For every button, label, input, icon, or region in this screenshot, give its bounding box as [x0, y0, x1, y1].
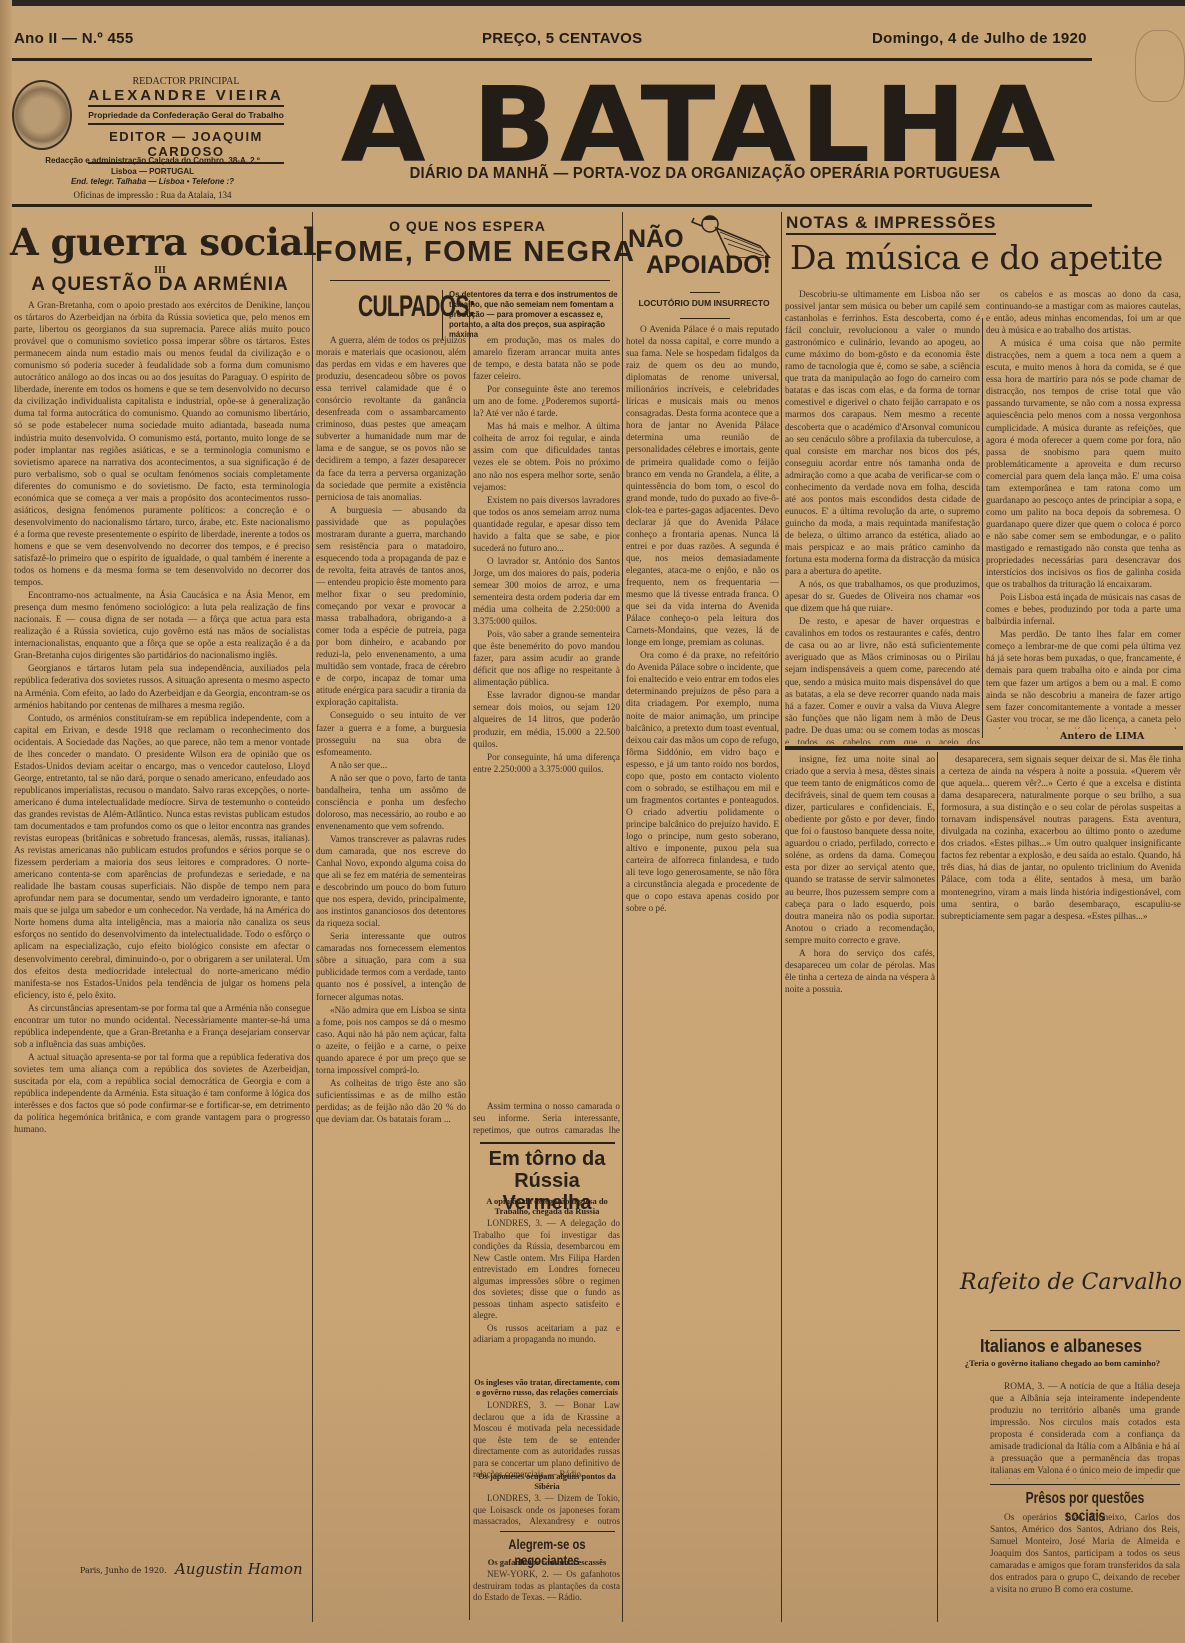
- headline-line-2: APOIADO!: [628, 252, 778, 278]
- paragraph: Mas perdão. De tanto lhes falar em comer…: [986, 629, 1181, 729]
- paragraph: Esse lavrador dignou-se mandar semear do…: [473, 689, 620, 749]
- column-rule: [937, 752, 938, 1622]
- column-rule: [622, 212, 623, 1622]
- paragraph: A actual situação apresenta-se por tal f…: [14, 1052, 310, 1136]
- paragraph: A nós, os que trabalhamos, os que produz…: [785, 579, 980, 615]
- culpados-text: Os detentores da terra e dos instrumento…: [442, 290, 627, 340]
- article-nao-apoiado-col2: insigne, fez uma noite sinal ao criado q…: [785, 754, 935, 1624]
- article-ingleses-body: LONDRES, 3. — Bonar Law declarou que a i…: [473, 1400, 620, 1478]
- issue-number: Ano II — N.º 455: [14, 30, 133, 47]
- subhead-ingleses: Os ingleses vão tratar, directamente, co…: [472, 1378, 622, 1397]
- subhead-gafanhotos: Os gafanhotos causam a escassês: [472, 1557, 622, 1567]
- editor-box: REDACTOR PRINCIPAL ALEXANDRE VIEIRA Prop…: [88, 76, 284, 164]
- signature-hamon: Augustin Hamon: [175, 1560, 303, 1578]
- paragraph: ROMA, 3. — A notícia de que a Itália des…: [990, 1381, 1180, 1479]
- paragraph: As circunstâncias apresentam-se por form…: [14, 1003, 310, 1051]
- paragraph: LONDRES, 3. — Dizem de Tokio, que Loisas…: [473, 1493, 620, 1529]
- address-line-2: Lisboa — PORTUGAL: [20, 167, 285, 176]
- paragraph: LONDRES, 3. — A delegação do Trabalho qu…: [473, 1218, 620, 1322]
- paragraph: Por conseguinte, há uma diferença entre …: [473, 751, 620, 775]
- paragraph: Encontramo-nos actualmente, na Ásia Cauc…: [14, 590, 310, 662]
- address-line-3: End. telegr. Talhaba — Lisboa • Telefone…: [20, 177, 285, 186]
- masthead-top-rule: [12, 58, 1092, 61]
- paragraph: Existem no país diversos lavradores que …: [473, 494, 620, 554]
- ornament-rule: [990, 1330, 1180, 1331]
- column-rule: [982, 318, 983, 738]
- newspaper-page: Ano II — N.º 455 PREÇO, 5 CENTAVOS Domin…: [0, 0, 1185, 1643]
- article-russia-body: LONDRES, 3. — A delegação do Trabalho qu…: [473, 1218, 620, 1376]
- paragraph: A não ser que...: [316, 759, 466, 771]
- paragraph: desaparecera, sem signais sequer deixar …: [941, 754, 1181, 923]
- subhead-italianos: ¿Teria o govêrno italiano chegado ao bom…: [960, 1358, 1165, 1368]
- newspaper-subtitle: DIÁRIO DA MANHÃ — PORTA-VOZ DA ORGANIZAÇ…: [363, 165, 1047, 183]
- paragraph: «Não admira que em Lisboa se sinta a fom…: [316, 1004, 466, 1076]
- paragraph: Mas há mais e melhor. A última colheita …: [473, 420, 620, 492]
- article-guerra-body: A Gran-Bretanha, com o apoio prestado ao…: [14, 300, 310, 1595]
- paragraph: os cabelos e as moscas ao dono da casa, …: [986, 289, 1181, 337]
- paragraph: A hora do serviço dos cafés, desapareceu…: [785, 948, 935, 996]
- ornament-rule: [500, 1531, 615, 1532]
- library-stamp-icon: [1135, 30, 1185, 102]
- paragraph: A música é uma coisa que não permite dis…: [986, 338, 1181, 591]
- headline-rule: [330, 280, 610, 281]
- signature-carvalho: Rafeito de Carvalho: [960, 1270, 1182, 1295]
- confederacao-seal-icon: [12, 80, 72, 150]
- article-fome-col2: em produção, mas os males do amarelo fiz…: [473, 334, 620, 1099]
- paragraph: Contudo, os arménios constituíram-se em …: [14, 713, 310, 1002]
- column-rule: [469, 300, 470, 1620]
- paragraph: A Gran-Bretanha, com o apoio prestado ao…: [14, 300, 310, 589]
- article-presos-body: Os operários João Froneixo, Carlos dos S…: [990, 1512, 1180, 1592]
- paragraph: A guerra, além de todos os prejuizos mor…: [316, 334, 466, 503]
- paragraph: Georgianos e tártaros lutam pela sua ind…: [14, 663, 310, 711]
- address-line-1: Redacção e administração Calçada do Comb…: [20, 156, 285, 165]
- paragraph: Por conseguinte êste ano teremos um ano …: [473, 383, 620, 419]
- paragraph: Conseguido o seu intuito de ver fazer a …: [316, 709, 466, 757]
- masthead-bottom-rule: [12, 204, 1092, 207]
- paragraph: Ora como é da praxe, no refeitório do Av…: [626, 650, 779, 915]
- subhead-armenia: A QUESTÃO DA ARMÉNIA: [10, 274, 310, 296]
- article-nao-apoiado-col3: desaparecera, sem signais sequer deixar …: [941, 754, 1181, 1242]
- address-line-4: Oficinas de impressão : Rua da Atalaia, …: [20, 190, 285, 200]
- fome-closing: Assim termina o nosso camarada o seu inf…: [473, 1100, 620, 1138]
- article-japoneses-body: LONDRES, 3. — Dizem de Tokio, que Loisas…: [473, 1493, 620, 1529]
- article-musica-col2: os cabelos e as moscas ao dono da casa, …: [986, 289, 1181, 729]
- kicker-o-que-nos-espera: O QUE NOS ESPERA: [315, 218, 620, 234]
- headline-fome-negra: FOME, FOME NEGRA: [315, 236, 620, 269]
- top-edge: [0, 0, 1185, 6]
- paragraph: Pois, vão saber a grande sementeira que …: [473, 628, 620, 688]
- headline-guerra-social: A guerra social: [10, 222, 310, 262]
- article-fome-col1: A guerra, além de todos os prejuizos mor…: [316, 334, 466, 1624]
- ownership: Propriedade da Confederação Geral do Tra…: [88, 107, 284, 125]
- ornament-rule: [480, 1142, 615, 1144]
- paragraph: Assim termina o nosso camarada o seu inf…: [473, 1100, 620, 1138]
- subhead-japoneses: Os japoneses ocupam alguns pontos da Sib…: [472, 1472, 622, 1491]
- paragraph: LONDRES, 3. — Bonar Law declarou que a i…: [473, 1400, 620, 1478]
- headline-nao-apoiado: NÃO APOIADO!: [628, 226, 778, 278]
- paragraph: Os russos aceitariam a paz e adiariam a …: [473, 1323, 620, 1346]
- signature-antero-lima: Antero de LIMA: [1060, 731, 1144, 742]
- headline-italianos: Italianos e albaneses: [953, 1336, 1169, 1357]
- column-rule: [312, 212, 313, 1622]
- short-rule: [690, 292, 720, 293]
- headline-line-1: NÃO: [628, 225, 684, 253]
- article-italianos-body: ROMA, 3. — A notícia de que a Itália des…: [990, 1381, 1180, 1479]
- paragraph: O Avenida Pálace é o mais reputado hotel…: [626, 324, 779, 649]
- headline-musica-apetite: Da música e do apetite: [790, 240, 1185, 276]
- section-notas-impressoes: NOTAS & IMPRESSÕES: [786, 213, 996, 235]
- price: PREÇO, 5 CENTAVOS: [482, 30, 642, 47]
- dateline-paris: Paris, Junho de 1920.: [80, 1566, 167, 1575]
- paragraph: O lavrador sr. António dos Santos Jorge,…: [473, 555, 620, 627]
- paragraph: insigne, fez uma noite sinal ao criado q…: [785, 754, 935, 947]
- paragraph: Os operários João Froneixo, Carlos dos S…: [990, 1512, 1180, 1592]
- short-rule: [680, 318, 730, 319]
- section-rule: [785, 746, 1183, 750]
- issue-date: Domingo, 4 de Julho de 1920: [872, 30, 1087, 47]
- paragraph: A burguesia — abusando da passividade qu…: [316, 504, 466, 709]
- subhead-locutorio: LOCUTÓRIO DUM INSURRECTO: [628, 298, 780, 308]
- paragraph: As colheitas de trigo êste ano são sufic…: [316, 1077, 466, 1125]
- paragraph: em produção, mas os males do amarelo fiz…: [473, 334, 620, 382]
- paragraph: A não ser que o povo, farto de tanta ban…: [316, 772, 466, 832]
- column-rule: [781, 212, 782, 1622]
- paragraph: Seria interessante que outros camaradas …: [316, 930, 466, 1002]
- article-gafanhotos-body: NEW-YORK, 2. — Os gafanhotos destruiram …: [473, 1569, 620, 1605]
- paragraph: Vamos transcrever as palavras rudes dum …: [316, 833, 466, 929]
- ornament-rule: [990, 1484, 1180, 1485]
- editor-name: ALEXANDRE VIEIRA: [88, 87, 284, 107]
- subhead-russia: A opinião da delegação inglêsa do Trabal…: [472, 1196, 622, 1216]
- paragraph: Descobriu-se ultimamente em Lisboa não s…: [785, 289, 980, 578]
- article-nao-apoiado-body: O Avenida Pálace é o mais reputado hotel…: [626, 324, 779, 1624]
- paragraph: De resto, e apesar de haver orquestras e…: [785, 616, 980, 744]
- editor-label: REDACTOR PRINCIPAL: [88, 76, 284, 87]
- article-musica-col1: Descobriu-se ultimamente em Lisboa não s…: [785, 289, 980, 744]
- paragraph: Pois Lisboa está inçada de músicais nas …: [986, 592, 1181, 628]
- newspaper-title: A BATALHA: [300, 73, 1100, 178]
- paragraph: NEW-YORK, 2. — Os gafanhotos destruiram …: [473, 1569, 620, 1604]
